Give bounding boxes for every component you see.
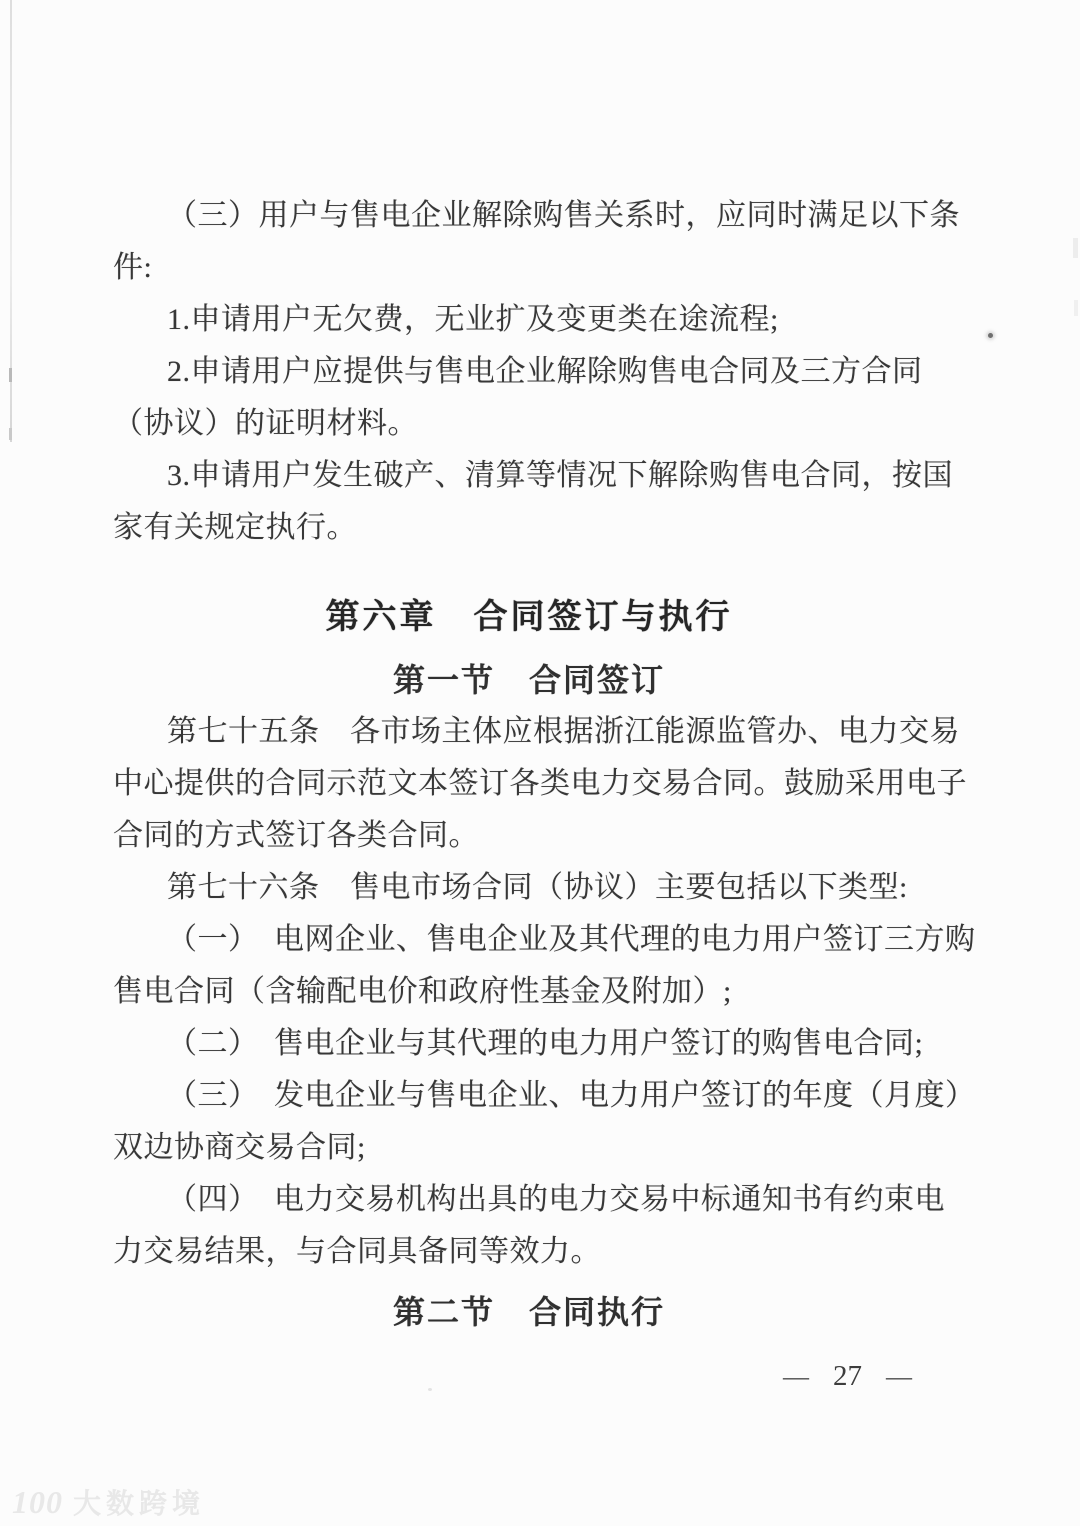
watermark: 100 大数跨境 xyxy=(12,1482,205,1522)
text-line: 第七十六条 售电市场合同（协议）主要包括以下类型: xyxy=(113,862,945,914)
watermark-logo-icon: 100 xyxy=(12,1484,63,1521)
chapter-heading: 第六章 合同签订与执行 xyxy=(113,592,945,644)
watermark-text: 大数跨境 xyxy=(73,1482,205,1522)
scan-speck xyxy=(428,1388,432,1391)
section-heading: 第二节 合同执行 xyxy=(113,1286,945,1338)
scan-speck xyxy=(988,333,993,338)
text-line: 第七十五条 各市场主体应根据浙江能源监管办、电力交易 xyxy=(113,706,945,758)
text-line: （四） 电力交易机构出具的电力交易中标通知书有约束电 xyxy=(113,1174,945,1226)
scanned-document-page: （三）用户与售电企业解除购售关系时，应同时满足以下条件:1.申请用户无欠费，无业… xyxy=(0,0,1080,1526)
page-number-dash-left: — xyxy=(783,1362,809,1392)
text-line: 合同的方式签订各类合同。 xyxy=(113,810,945,862)
text-line: 1.申请用户无欠费，无业扩及变更类在途流程; xyxy=(113,294,945,346)
document-text-block: （三）用户与售电企业解除购售关系时，应同时满足以下条件:1.申请用户无欠费，无业… xyxy=(113,190,945,1338)
text-line: 双边协商交易合同; xyxy=(113,1122,945,1174)
scan-edge-mark xyxy=(9,368,12,382)
text-line: （三）用户与售电企业解除购售关系时，应同时满足以下条 xyxy=(113,190,945,242)
text-line: （二） 售电企业与其代理的电力用户签订的购售电合同; xyxy=(113,1018,945,1070)
text-line: 售电合同（含输配电价和政府性基金及附加）; xyxy=(113,966,945,1018)
text-line: 3.申请用户发生破产、清算等情况下解除购售电合同，按国 xyxy=(113,450,945,502)
text-line: 2.申请用户应提供与售电企业解除购售电合同及三方合同 xyxy=(113,346,945,398)
text-line: 件: xyxy=(113,242,945,294)
page-number-footer: — 27 — xyxy=(783,1360,912,1393)
text-line: （三） 发电企业与售电企业、电力用户签订的年度（月度） xyxy=(113,1070,945,1122)
section-heading: 第一节 合同签订 xyxy=(113,654,945,706)
page-number-dash-right: — xyxy=(886,1362,912,1392)
text-line: （一） 电网企业、售电企业及其代理的电力用户签订三方购 xyxy=(113,914,945,966)
text-line: 中心提供的合同示范文本签订各类电力交易合同。鼓励采用电子 xyxy=(113,758,945,810)
text-line: 家有关规定执行。 xyxy=(113,502,945,554)
text-line: 力交易结果，与合同具备同等效力。 xyxy=(113,1226,945,1278)
scan-smudge xyxy=(1074,300,1078,316)
page-number: 27 xyxy=(833,1360,862,1393)
scan-smudge xyxy=(1073,238,1078,258)
text-line: （协议）的证明材料。 xyxy=(113,398,945,450)
scan-edge-mark xyxy=(9,428,12,440)
